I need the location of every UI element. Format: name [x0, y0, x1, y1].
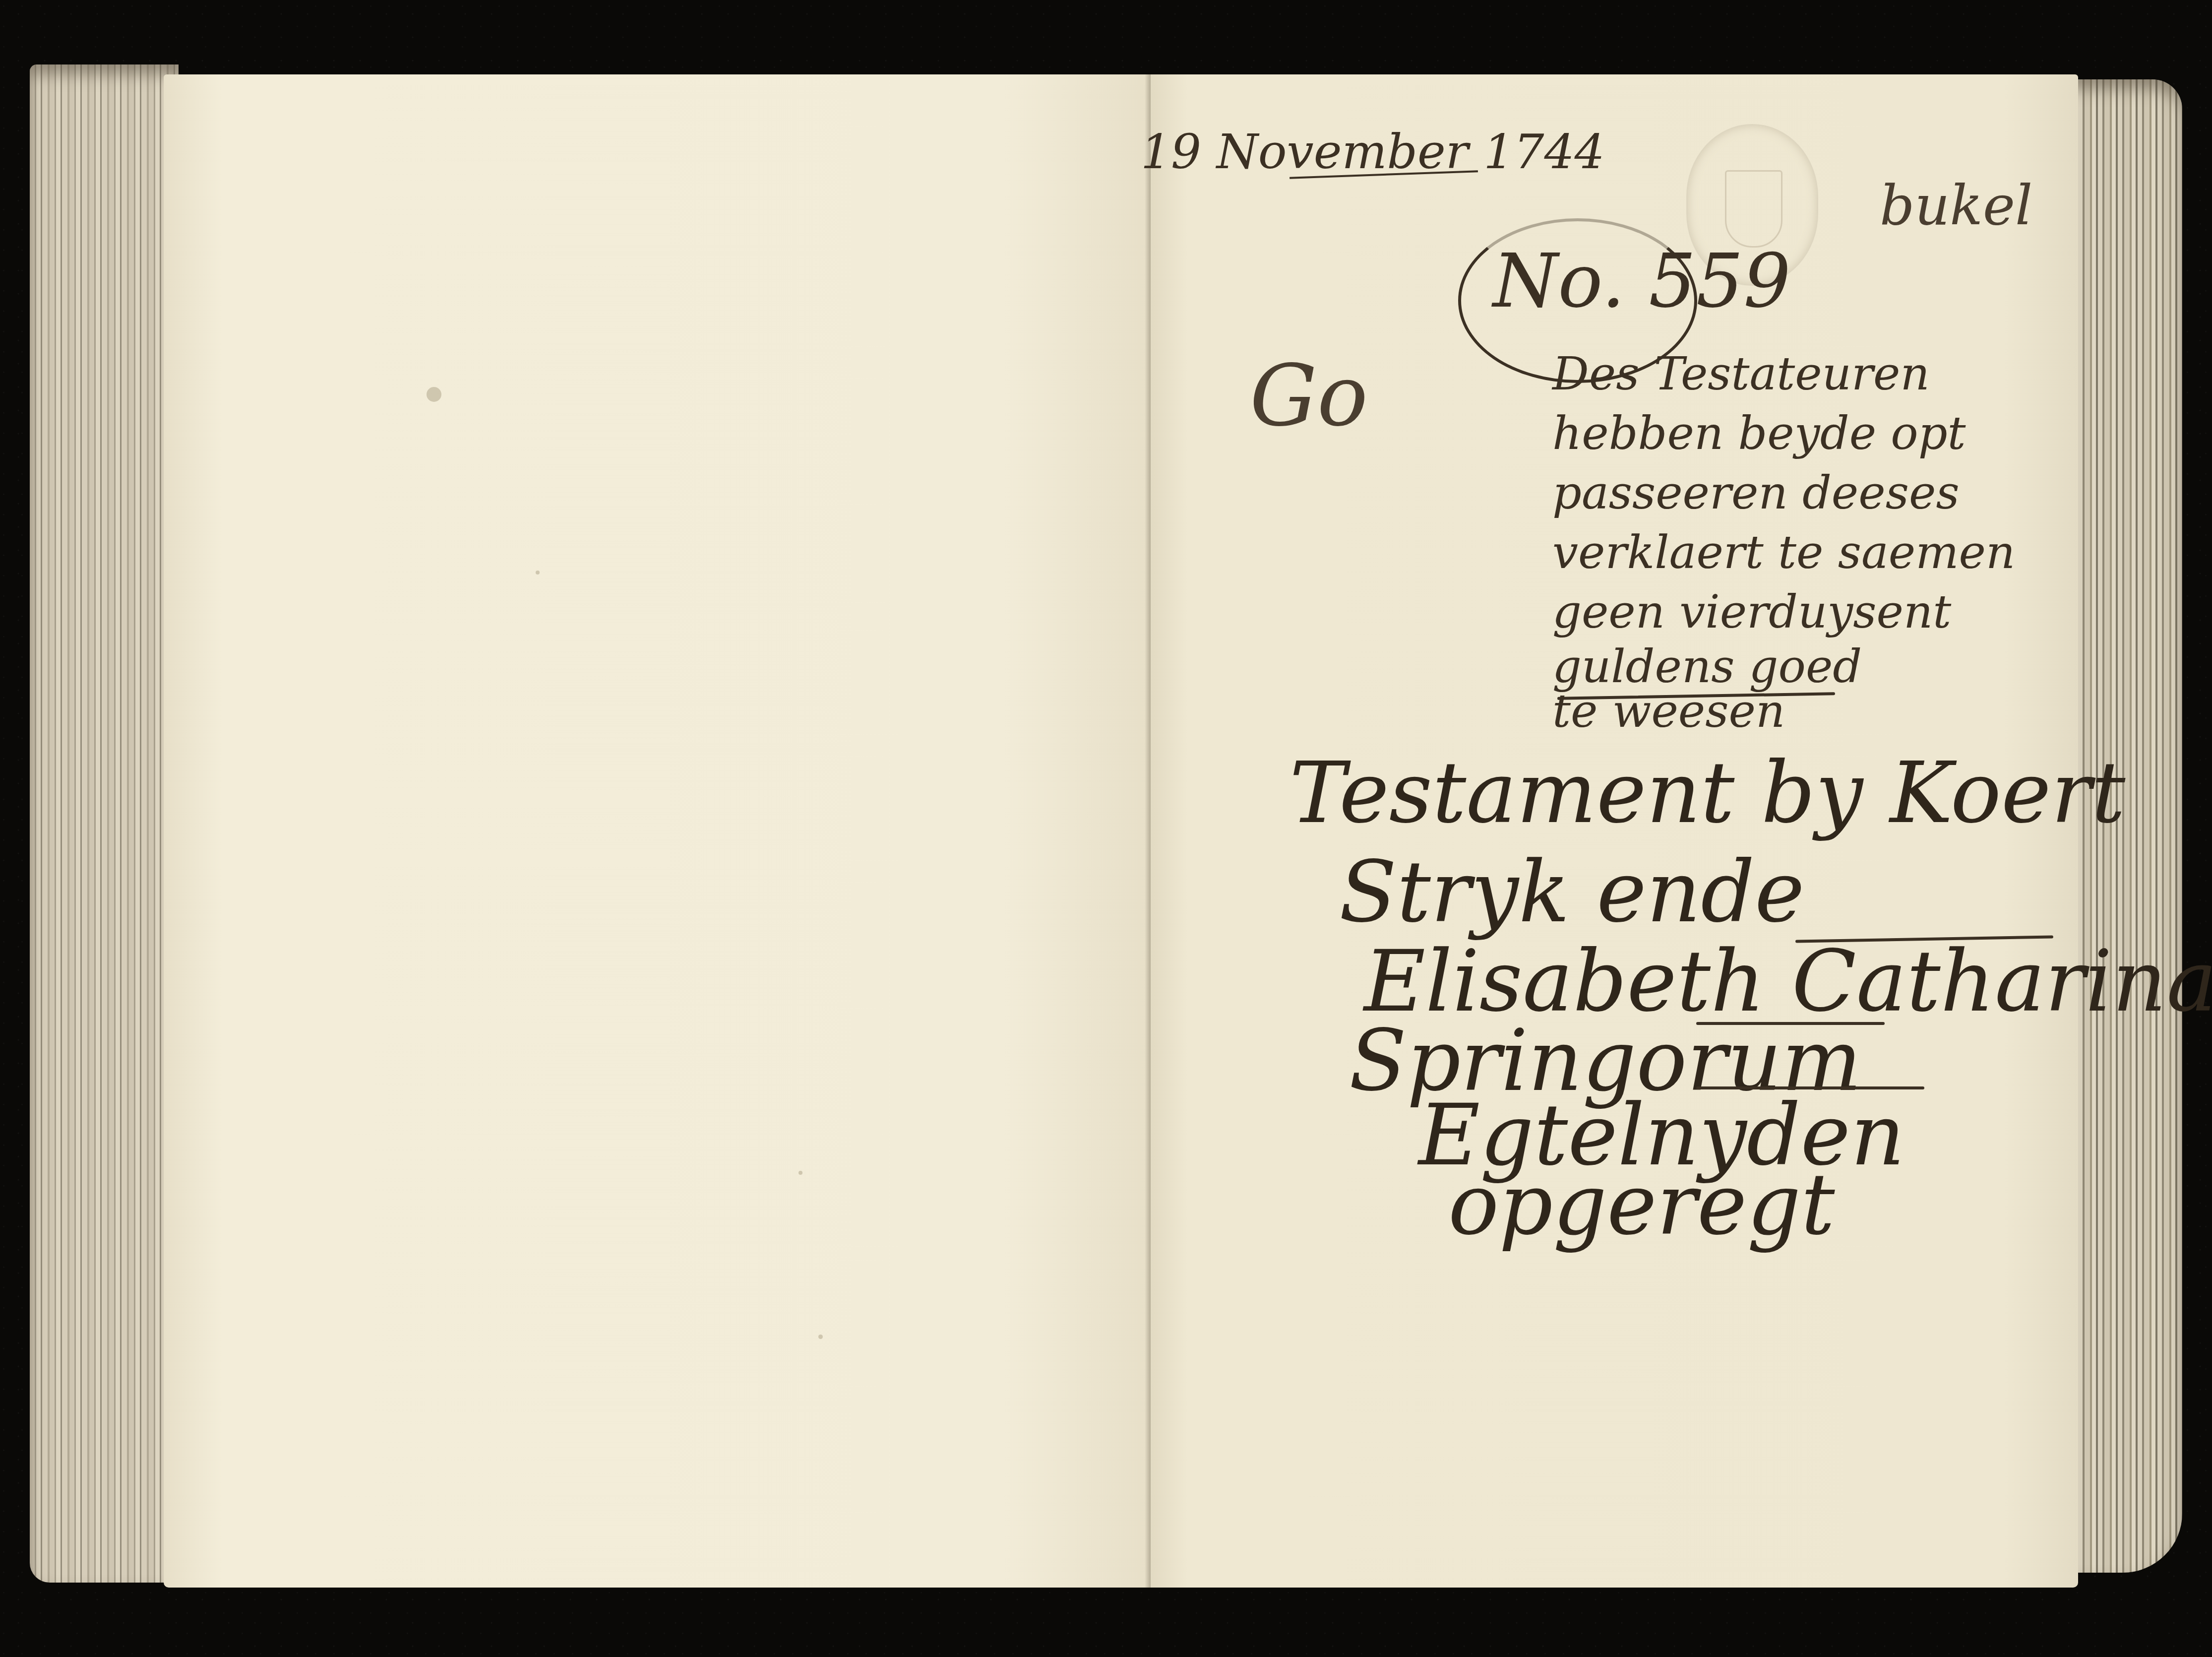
title-line: Testament by Koert [1290, 744, 2125, 842]
left-page-blank [164, 74, 1151, 1588]
margin-note-line: verklaert te saemen [1552, 526, 2015, 579]
line-flourish [1696, 1086, 1924, 1089]
act-number: No. 559 [1493, 238, 1791, 324]
line-flourish [1696, 1022, 1885, 1025]
title-line: Stryk ende [1339, 843, 1805, 942]
margin-mark: Go [1250, 347, 1368, 446]
paper-speck [536, 571, 540, 574]
margin-note-line: geen vierduysent [1552, 585, 1951, 638]
paper-stain [427, 387, 441, 402]
left-page-edges [30, 64, 179, 1583]
margin-note-line: hebben beyde opt [1552, 407, 1966, 460]
lion-shield-icon [1725, 170, 1782, 248]
corner-annotation: bukel [1880, 174, 2032, 237]
margin-note-line: Des Testateuren [1552, 347, 1930, 400]
margin-note-line: te weesen [1552, 685, 1785, 738]
entry-date: 19 November 1744 [1141, 124, 1605, 180]
title-line: opgeregt [1448, 1156, 1835, 1254]
paper-speck [818, 1335, 823, 1339]
paper-speck [799, 1171, 802, 1175]
margin-note-line: passeeren deeses [1552, 466, 1960, 519]
